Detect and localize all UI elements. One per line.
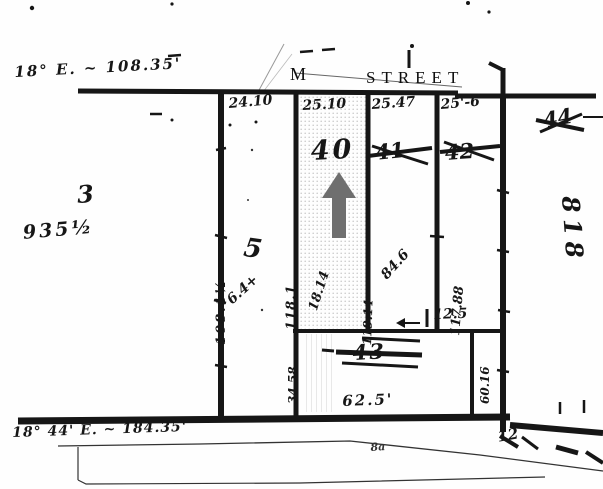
lot41-depth-label: 119.14 — [360, 299, 376, 345]
lot43-width-label: 62.5' — [342, 390, 394, 410]
handwriting-strokes — [214, 148, 584, 414]
scan-artifact-line — [263, 54, 292, 92]
ink-speck — [410, 44, 414, 48]
lot42-width-label: 25'-6 — [440, 94, 481, 113]
corner-hook-line — [489, 63, 503, 70]
curb-line — [58, 441, 603, 471]
ink-speck — [466, 1, 470, 5]
ink-speck — [229, 124, 232, 127]
lot43-faint-hatch — [302, 334, 332, 412]
ink-speck — [30, 6, 34, 10]
street-name-street: STREET — [366, 68, 464, 88]
street-line-bottom-right — [510, 425, 603, 433]
ink-dash — [300, 51, 313, 52]
curb-line-lower — [78, 477, 545, 484]
lot44-number-label: 44 — [541, 103, 574, 133]
ink-speck — [171, 119, 174, 122]
lot43-left-depth-label: 34.58 — [286, 366, 300, 404]
plat-map: 18° E. ~ 108.35' M STREET 24.10 25.10 25… — [0, 0, 603, 489]
ink-speck — [170, 2, 173, 5]
block-left-depth-label: 108.1½ — [214, 279, 229, 345]
street-line-bottom — [18, 417, 510, 421]
curb-note-label: 8a — [370, 440, 386, 454]
lot41-width-label: 25.47 — [371, 94, 416, 113]
lot40-width-label: 25.10 — [302, 96, 347, 114]
lot42-number-label: 42 — [444, 138, 475, 165]
lot40-left-depth-label: 118.1 — [284, 284, 299, 330]
lot40-number-label: 40 — [310, 134, 355, 167]
ink-speck — [251, 149, 253, 151]
ink-dash — [322, 49, 335, 50]
ink-speck — [247, 199, 249, 201]
strip-depth-label: 60.16 — [478, 366, 492, 404]
ink-speck — [487, 10, 490, 13]
scan-artifact-line — [258, 44, 284, 92]
street-name-m: M — [290, 64, 308, 85]
block-number-label: 3 — [76, 179, 95, 209]
margin-note-label: 818 — [556, 195, 590, 265]
ink-speck — [255, 121, 258, 124]
offset-dim-label: 12.5 — [433, 306, 468, 323]
ink-speck — [261, 309, 263, 311]
lot41-number-label: 41 — [374, 137, 406, 165]
corner-note-label: 12 — [496, 424, 520, 445]
